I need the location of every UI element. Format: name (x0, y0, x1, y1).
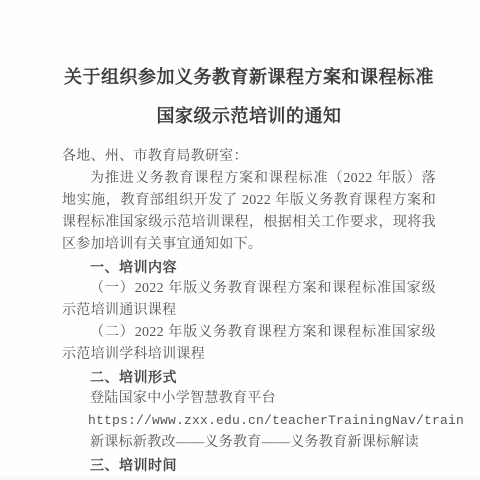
section-2-heading-training-format: 二、培训形式 (62, 366, 436, 388)
section-1-item-1: （一）2022 年版义务教育课程方案和课程标准国家级示范培训通识课程 (62, 278, 436, 322)
intro-paragraph: 为推进义务教育课程方案和课程标准（2022 年版）落地实施，教育部组织开发了 2… (62, 168, 436, 256)
platform-name-line: 登陆国家中小学智慧教育平台 (62, 388, 436, 410)
salutation-line: 各地、州、市教育局教研室： (62, 146, 436, 168)
platform-url-text: https://www.zxx.edu.cn/teacherTrainingNa… (62, 410, 436, 432)
title-line-1: 关于组织参加义务教育新课程方案和课程标准 (62, 58, 436, 97)
section-3-heading-training-time: 三、培训时间 (62, 454, 436, 476)
platform-nav-path-line: 新课标新教改——义务教育——义务教育新课标解读 (62, 432, 436, 454)
document-title: 关于组织参加义务教育新课程方案和课程标准 国家级示范培训的通知 (62, 58, 436, 136)
section-1-heading-training-content: 一、培训内容 (62, 256, 436, 278)
notice-content: 关于组织参加义务教育新课程方案和课程标准 国家级示范培训的通知 各地、州、市教育… (0, 0, 480, 476)
section-1-item-2: （二）2022 年版义务教育课程方案和课程标准国家级示范培训学科培训课程 (62, 322, 436, 366)
title-line-2: 国家级示范培训的通知 (62, 97, 436, 136)
scanned-notice-page: 关于组织参加义务教育新课程方案和课程标准 国家级示范培训的通知 各地、州、市教育… (0, 0, 480, 480)
